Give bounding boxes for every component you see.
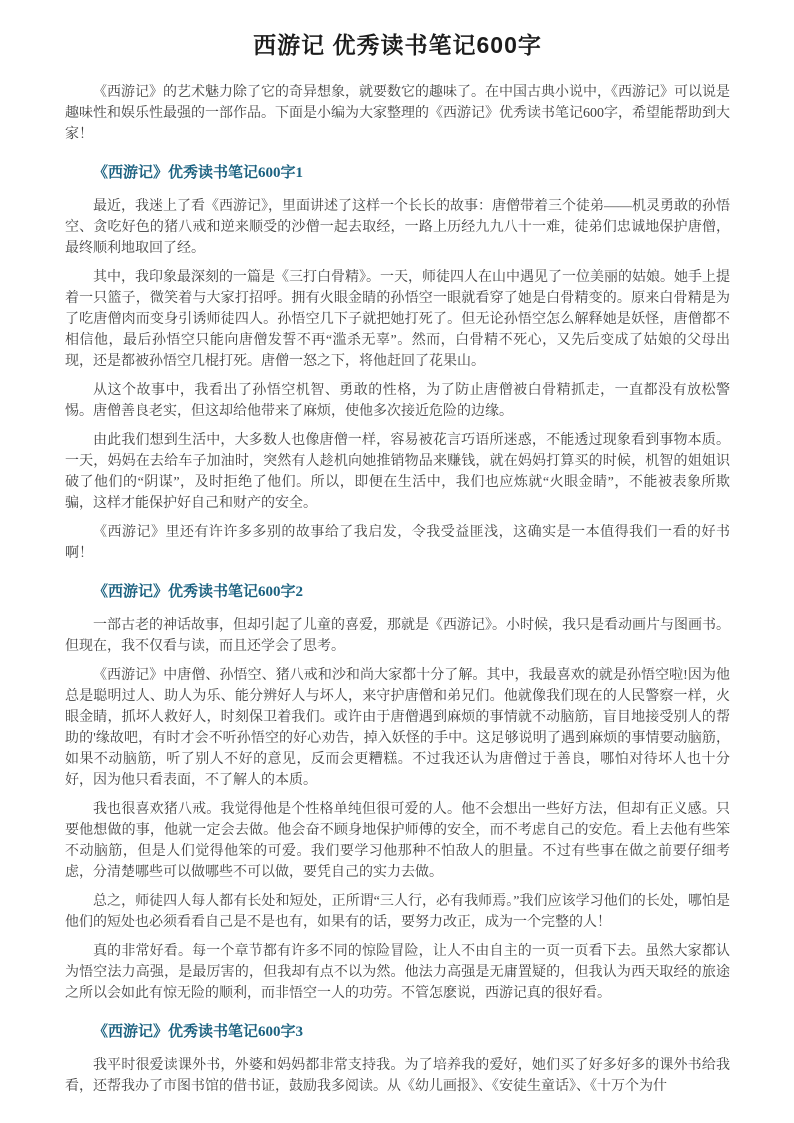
- section-2-paragraph: 《西游记》中唐僧、孙悟空、猪八戒和沙和尚大家都十分了解。其中，我最喜欢的就是孙悟…: [65, 665, 730, 791]
- section-1-paragraph: 由此我们想到生活中，大多数人也像唐僧一样，容易被花言巧语所迷惑，不能透过现象看到…: [65, 430, 730, 514]
- section-1-paragraph: 最近，我迷上了看《西游记》，里面讲述了这样一个长长的故事：唐僧带着三个徒弟——机…: [65, 196, 730, 259]
- intro-paragraph: 《西游记》的艺术魅力除了它的奇异想象，就要数它的趣味了。在中国古典小说中，《西游…: [65, 82, 730, 145]
- section-1-paragraph: 《西游记》里还有许许多多别的故事给了我启发，令我受益匪浅，这确实是一本值得我们一…: [65, 522, 730, 564]
- document-page: 西游记 优秀读书笔记600字 《西游记》的艺术魅力除了它的奇异想象，就要数它的趣…: [0, 0, 794, 1123]
- section-3-heading: 《西游记》优秀读书笔记600字3: [65, 1022, 730, 1043]
- section-2-paragraph: 一部古老的神话故事，但却引起了儿童的喜爱，那就是《西游记》。小时候，我只是看动画…: [65, 615, 730, 657]
- section-1-paragraph: 其中，我印象最深刻的一篇是《三打白骨精》。一天，师徒四人在山中遇见了一位美丽的姑…: [65, 267, 730, 372]
- section-1-paragraph: 从这个故事中，我看出了孙悟空机智、勇敢的性格，为了防止唐僧被白骨精抓走，一直都没…: [65, 380, 730, 422]
- document-title: 西游记 优秀读书笔记600字: [65, 30, 730, 60]
- section-2-heading: 《西游记》优秀读书笔记600字2: [65, 582, 730, 603]
- section-2-paragraph: 总之，师徒四人每人都有长处和短处，正所谓“三人行，必有我师焉。”我们应该学习他们…: [65, 891, 730, 933]
- section-3-paragraph: 我平时很爱读课外书，外婆和妈妈都非常支持我。为了培养我的爱好，她们买了好多好多的…: [65, 1055, 730, 1097]
- section-1-heading: 《西游记》优秀读书笔记600字1: [65, 163, 730, 184]
- section-2-paragraph: 我也很喜欢猪八戒。我觉得他是个性格单纯但很可爱的人。他不会想出一些好方法，但却有…: [65, 799, 730, 883]
- section-2-paragraph: 真的非常好看。每一个章节都有许多不同的惊险冒险，让人不由自主的一页一页看下去。虽…: [65, 941, 730, 1004]
